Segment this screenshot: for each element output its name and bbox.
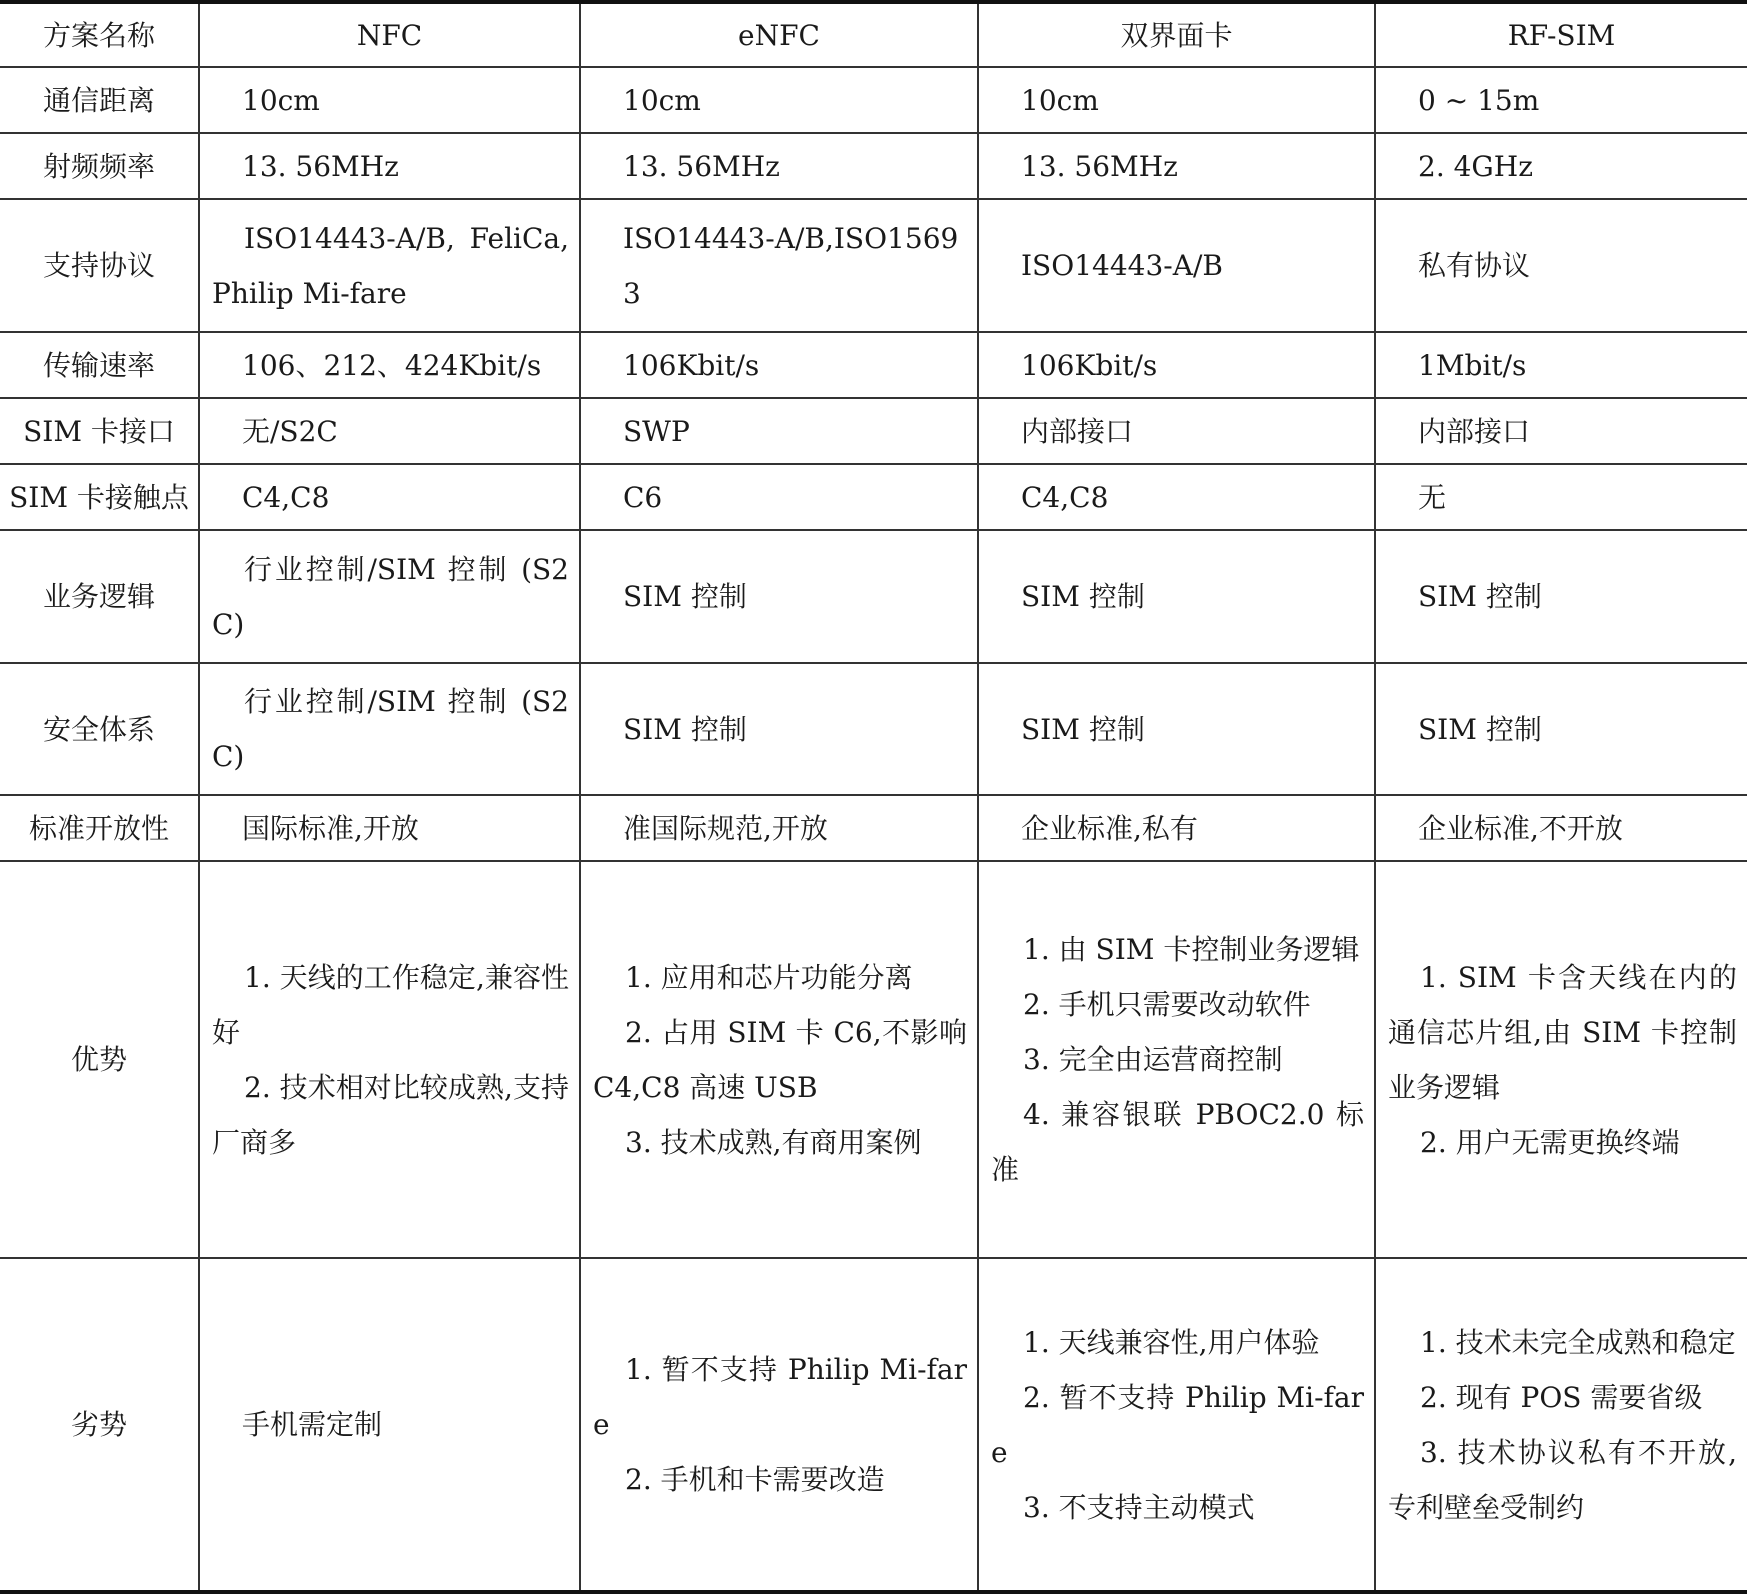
row-sim-interface: SIM 卡接口 无/S2C SWP 内部接口 内部接口: [0, 398, 1747, 464]
row-security-system: 安全体系 行业控制/SIM 控制 (S2C) SIM 控制 SIM 控制 SIM…: [0, 663, 1747, 795]
header-rf-sim: RF-SIM: [1375, 2, 1747, 67]
cell: 手机需定制: [199, 1258, 580, 1592]
cell: SIM 控制: [978, 530, 1375, 663]
cell: C4,C8: [978, 464, 1375, 530]
list-item: 3. 不支持主动模式: [991, 1480, 1364, 1535]
cell: SIM 控制: [580, 663, 978, 795]
cell: 106Kbit/s: [978, 332, 1375, 398]
cell: 1. 天线兼容性,用户体验 2. 暂不支持 Philip Mi-fare 3. …: [978, 1258, 1375, 1592]
row-label: 业务逻辑: [0, 530, 199, 663]
list-item: 1. 暂不支持 Philip Mi-fare: [593, 1342, 967, 1452]
header-nfc: NFC: [199, 2, 580, 67]
list-item: 1. 天线兼容性,用户体验: [991, 1315, 1364, 1370]
cell: C6: [580, 464, 978, 530]
row-advantages: 优势 1. 天线的工作稳定,兼容性好 2. 技术相对比较成熟,支持厂商多 1. …: [0, 861, 1747, 1258]
cell: 行业控制/SIM 控制 (S2C): [199, 530, 580, 663]
list-item: 1. 技术未完全成熟和稳定: [1388, 1315, 1737, 1370]
row-rf-frequency: 射频频率 13. 56MHz 13. 56MHz 13. 56MHz 2. 4G…: [0, 133, 1747, 199]
cell: 内部接口: [1375, 398, 1747, 464]
list-item: 2. 技术相对比较成熟,支持厂商多: [212, 1060, 569, 1170]
cell: 私有协议: [1375, 199, 1747, 332]
cell: 10cm: [199, 67, 580, 133]
list-item: 1. 天线的工作稳定,兼容性好: [212, 950, 569, 1060]
cell: 1. 应用和芯片功能分离 2. 占用 SIM 卡 C6,不影响 C4,C8 高速…: [580, 861, 978, 1258]
cell: 13. 56MHz: [199, 133, 580, 199]
cell: 准国际规范,开放: [580, 795, 978, 861]
row-label: 射频频率: [0, 133, 199, 199]
row-label: 劣势: [0, 1258, 199, 1592]
cell: 13. 56MHz: [580, 133, 978, 199]
cell: ISO14443-A/B: [978, 199, 1375, 332]
cell: 内部接口: [978, 398, 1375, 464]
row-business-logic: 业务逻辑 行业控制/SIM 控制 (S2C) SIM 控制 SIM 控制 SIM…: [0, 530, 1747, 663]
row-label: 支持协议: [0, 199, 199, 332]
row-label: 传输速率: [0, 332, 199, 398]
cell: ISO14443-A/B,ISO15693: [580, 199, 978, 332]
cell: 企业标准,不开放: [1375, 795, 1747, 861]
row-label: 标准开放性: [0, 795, 199, 861]
cell: SIM 控制: [580, 530, 978, 663]
cell: 106Kbit/s: [580, 332, 978, 398]
cell: 企业标准,私有: [978, 795, 1375, 861]
cell-text: 行业控制/SIM 控制 (S2C): [212, 542, 569, 652]
list-item: 2. 暂不支持 Philip Mi-fare: [991, 1370, 1364, 1480]
row-communication-distance: 通信距离 10cm 10cm 10cm 0 ~ 15m: [0, 67, 1747, 133]
cell: SIM 控制: [1375, 530, 1747, 663]
cell: 1. SIM 卡含天线在内的通信芯片组,由 SIM 卡控制业务逻辑 2. 用户无…: [1375, 861, 1747, 1258]
cell: 1. 暂不支持 Philip Mi-fare 2. 手机和卡需要改造: [580, 1258, 978, 1592]
cell: 无/S2C: [199, 398, 580, 464]
row-sim-contacts: SIM 卡接触点 C4,C8 C6 C4,C8 无: [0, 464, 1747, 530]
row-label: 优势: [0, 861, 199, 1258]
cell-text: 行业控制/SIM 控制 (S2C): [212, 674, 569, 784]
list-item: 3. 完全由运营商控制: [991, 1032, 1364, 1087]
cell: 无: [1375, 464, 1747, 530]
row-label: SIM 卡接触点: [0, 464, 199, 530]
cell: C4,C8: [199, 464, 580, 530]
cell: 2. 4GHz: [1375, 133, 1747, 199]
cell: 1. 技术未完全成熟和稳定 2. 现有 POS 需要省级 3. 技术协议私有不开…: [1375, 1258, 1747, 1592]
list-item: 3. 技术协议私有不开放,专利壁垒受制约: [1388, 1425, 1737, 1535]
row-standard-openness: 标准开放性 国际标准,开放 准国际规范,开放 企业标准,私有 企业标准,不开放: [0, 795, 1747, 861]
cell: SIM 控制: [1375, 663, 1747, 795]
cell: 1. 天线的工作稳定,兼容性好 2. 技术相对比较成熟,支持厂商多: [199, 861, 580, 1258]
list-item: 4. 兼容银联 PBOC2.0 标准: [991, 1087, 1364, 1197]
cell: 1. 由 SIM 卡控制业务逻辑 2. 手机只需要改动软件 3. 完全由运营商控…: [978, 861, 1375, 1258]
cell: 10cm: [580, 67, 978, 133]
list-item: 2. 现有 POS 需要省级: [1388, 1370, 1737, 1425]
cell: 10cm: [978, 67, 1375, 133]
header-row: 方案名称 NFC eNFC 双界面卡 RF-SIM: [0, 2, 1747, 67]
row-disadvantages: 劣势 手机需定制 1. 暂不支持 Philip Mi-fare 2. 手机和卡需…: [0, 1258, 1747, 1592]
header-label: 方案名称: [0, 2, 199, 67]
cell: SIM 控制: [978, 663, 1375, 795]
cell: 13. 56MHz: [978, 133, 1375, 199]
list-item: 1. 由 SIM 卡控制业务逻辑: [991, 922, 1364, 977]
list-item: 1. 应用和芯片功能分离: [593, 950, 967, 1005]
row-supported-protocols: 支持协议 ISO14443-A/B, FeliCa, Philip Mi-far…: [0, 199, 1747, 332]
row-label: 通信距离: [0, 67, 199, 133]
list-item: 2. 手机和卡需要改造: [593, 1452, 967, 1507]
list-item: 2. 手机只需要改动软件: [991, 977, 1364, 1032]
cell: ISO14443-A/B, FeliCa, Philip Mi-fare: [199, 199, 580, 332]
cell: 106、212、424Kbit/s: [199, 332, 580, 398]
cell: 0 ~ 15m: [1375, 67, 1747, 133]
header-dual-interface-card: 双界面卡: [978, 2, 1375, 67]
comparison-table: 方案名称 NFC eNFC 双界面卡 RF-SIM 通信距离 10cm 10cm…: [0, 0, 1747, 1594]
list-item: 1. SIM 卡含天线在内的通信芯片组,由 SIM 卡控制业务逻辑: [1388, 950, 1737, 1115]
cell: SWP: [580, 398, 978, 464]
row-transfer-rate: 传输速率 106、212、424Kbit/s 106Kbit/s 106Kbit…: [0, 332, 1747, 398]
list-item: 3. 技术成熟,有商用案例: [593, 1115, 967, 1170]
cell: 行业控制/SIM 控制 (S2C): [199, 663, 580, 795]
list-item: 2. 用户无需更换终端: [1388, 1115, 1737, 1170]
cell: 国际标准,开放: [199, 795, 580, 861]
cell: 1Mbit/s: [1375, 332, 1747, 398]
header-enfc: eNFC: [580, 2, 978, 67]
list-item: 2. 占用 SIM 卡 C6,不影响 C4,C8 高速 USB: [593, 1005, 967, 1115]
cell-text: ISO14443-A/B, FeliCa, Philip Mi-fare: [212, 211, 569, 321]
row-label: SIM 卡接口: [0, 398, 199, 464]
row-label: 安全体系: [0, 663, 199, 795]
